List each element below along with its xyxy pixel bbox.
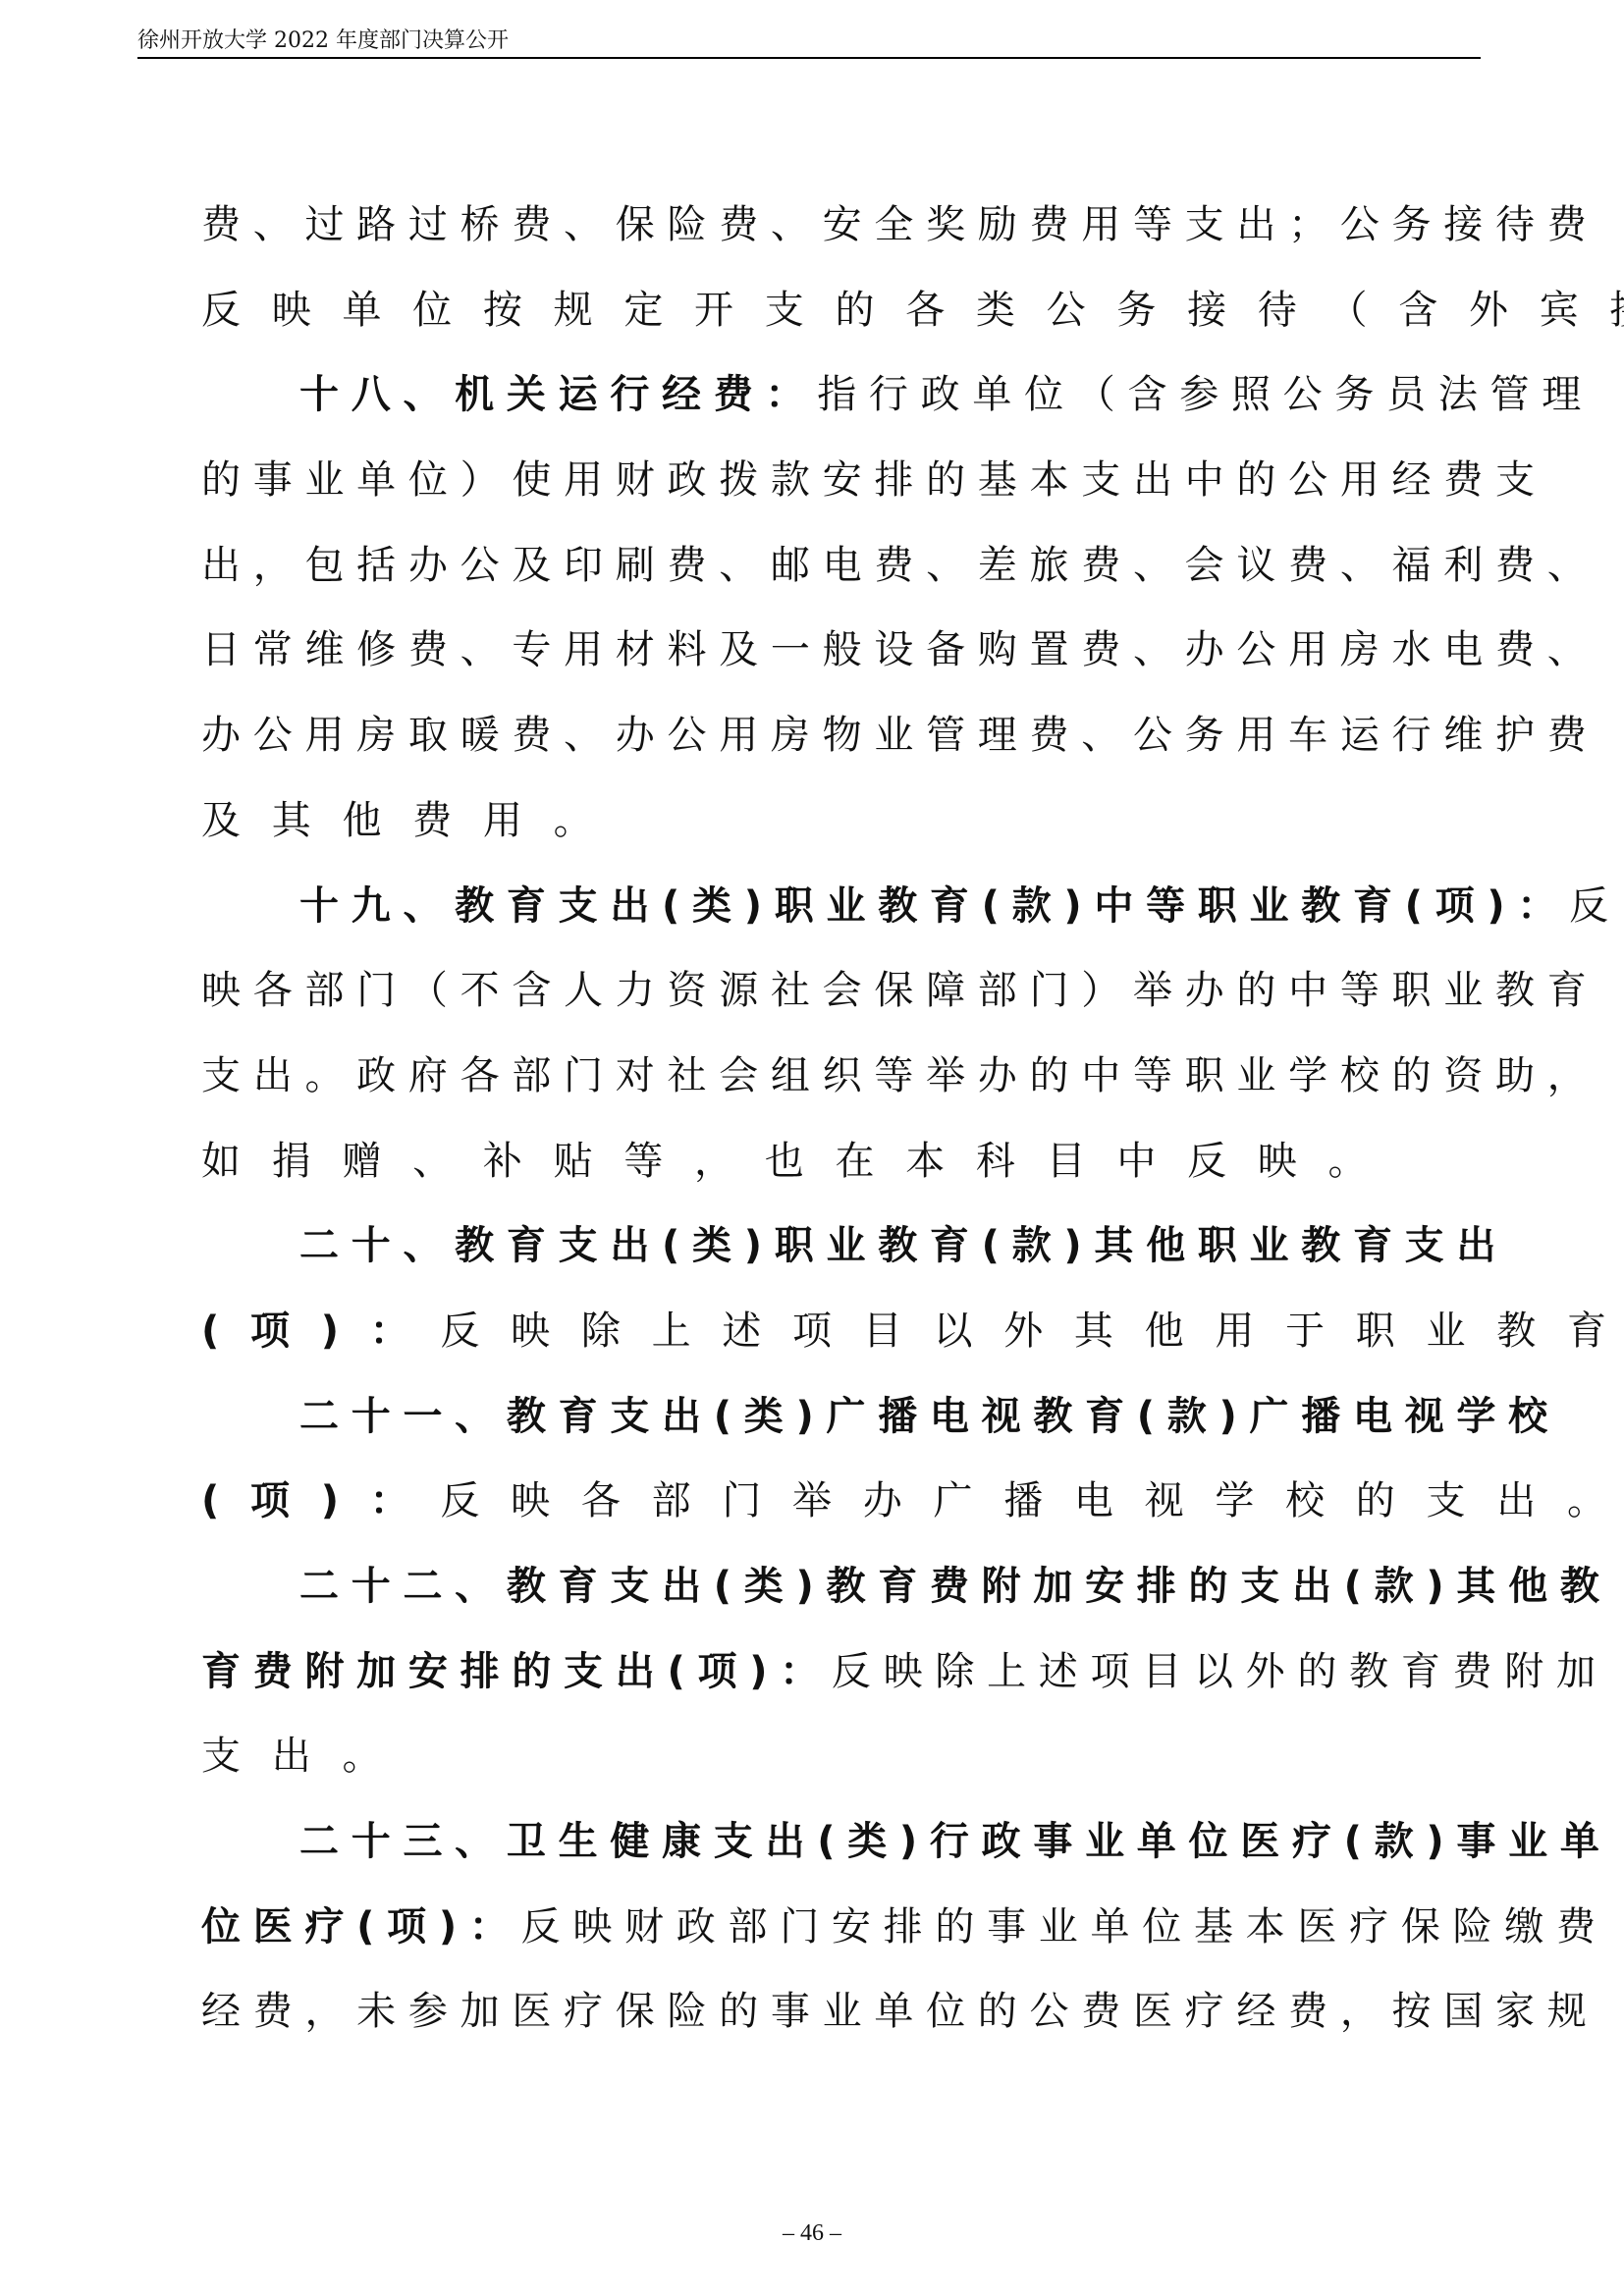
body-char: 基 bbox=[1194, 1904, 1233, 1949]
body-char: 类 bbox=[976, 288, 1031, 333]
body-char: 反 bbox=[832, 1649, 871, 1694]
body-char: 修 bbox=[356, 627, 396, 672]
body-char: 府 bbox=[408, 1053, 448, 1098]
body-char: 公 bbox=[1288, 457, 1327, 503]
heading-text: 类 bbox=[847, 1819, 887, 1864]
heading-text: 疗 bbox=[304, 1904, 344, 1949]
heading-text: 出 bbox=[765, 1819, 804, 1864]
heading-text: 二 bbox=[299, 1394, 339, 1439]
body-char: 加 bbox=[1556, 1649, 1596, 1694]
heading-text: ) bbox=[321, 1478, 354, 1523]
body-char: 等 bbox=[1133, 1053, 1172, 1098]
body-char: （ bbox=[1076, 372, 1115, 417]
body-char: ， bbox=[1340, 1989, 1380, 2034]
body-char: 险 bbox=[667, 1989, 706, 2034]
body-char: 不 bbox=[460, 968, 500, 1013]
body-char: （ bbox=[1328, 288, 1383, 333]
body-char: 维 bbox=[304, 627, 344, 672]
body-char: 等 bbox=[1133, 202, 1172, 247]
text-line: 及 其 他 费 用 。 bbox=[201, 778, 1409, 864]
body-char: 的 bbox=[835, 288, 890, 333]
body-char: 反 bbox=[1187, 1139, 1242, 1184]
heading-text: 中 bbox=[1094, 883, 1133, 929]
body-char: 等 bbox=[623, 1139, 678, 1184]
heading-text: 项 bbox=[250, 1478, 305, 1523]
body-char: 源 bbox=[719, 968, 758, 1013]
body-char: 印 bbox=[564, 543, 603, 588]
heading-text: 业 bbox=[1250, 1223, 1289, 1268]
body-char: 出 bbox=[1236, 202, 1275, 247]
heading-text: 出 bbox=[662, 1394, 701, 1439]
heading-text: 其 bbox=[1094, 1223, 1133, 1268]
body-char: 理 bbox=[1542, 372, 1581, 417]
body-char: 费 bbox=[1495, 627, 1535, 672]
body-char: 捐 bbox=[272, 1139, 327, 1184]
heading-text: 九 bbox=[352, 883, 391, 929]
body-char: 贴 bbox=[554, 1139, 609, 1184]
body-char: 学 bbox=[1215, 1478, 1270, 1523]
body-char: ； bbox=[1288, 202, 1327, 247]
heading-text: 支 bbox=[610, 1564, 649, 1609]
body-char: 办 bbox=[408, 543, 448, 588]
body-char: 他 bbox=[342, 798, 397, 843]
body-char: 目 bbox=[863, 1308, 918, 1354]
body-char: 外 bbox=[1003, 1308, 1058, 1354]
body-char: 各 bbox=[460, 1053, 500, 1098]
heading-text: 育 bbox=[559, 1564, 598, 1609]
heading-text: 、 bbox=[403, 883, 442, 929]
body-char: 定 bbox=[623, 288, 678, 333]
body-char: 医 bbox=[1133, 1989, 1172, 2034]
heading-text: 项 bbox=[387, 1904, 426, 1949]
body-char: 公 bbox=[1340, 202, 1380, 247]
text-line: ( 项 ) ： 反 映 各 部 门 举 办 广 播 电 视 学 校 的 支 出 … bbox=[201, 1459, 1409, 1544]
body-char: 、 bbox=[1547, 627, 1587, 672]
heading-text: ： bbox=[370, 1308, 425, 1354]
body-char: 科 bbox=[976, 1139, 1031, 1184]
body-char: 费 bbox=[1556, 1904, 1596, 1949]
heading-text: 他 bbox=[1508, 1564, 1547, 1609]
text-line: 十 八 、 机 关 运 行 经 费 ： 指 行 政 单 位 （ 含 参 照 公 … bbox=[201, 352, 1409, 438]
body-char: 的 bbox=[201, 457, 241, 503]
body-char: 用 bbox=[564, 457, 603, 503]
body-char: 邮 bbox=[771, 543, 810, 588]
heading-text: 学 bbox=[1456, 1394, 1495, 1439]
body-char: 刷 bbox=[616, 543, 655, 588]
body-char: 员 bbox=[1386, 372, 1426, 417]
body-char: 经 bbox=[1236, 1989, 1275, 2034]
body-char: （ bbox=[408, 968, 448, 1013]
body-char: 资 bbox=[667, 968, 706, 1013]
text-line: 办 公 用 房 取 暖 费 、 办 公 用 房 物 业 管 理 费 、 公 务 … bbox=[201, 693, 1409, 778]
body-char: 的 bbox=[1297, 1649, 1336, 1694]
body-char: 国 bbox=[1443, 1989, 1483, 2034]
heading-text: 教 bbox=[507, 1394, 546, 1439]
body-char: 如 bbox=[201, 1139, 256, 1184]
heading-text: 支 bbox=[714, 1819, 753, 1864]
heading-text: 事 bbox=[1456, 1819, 1495, 1864]
body-char: 赠 bbox=[342, 1139, 397, 1184]
body-char: 利 bbox=[1443, 543, 1483, 588]
body-char: 排 bbox=[874, 457, 913, 503]
body-char: 缴 bbox=[1504, 1904, 1543, 1949]
text-line: 映 各 部 门 （ 不 含 人 力 资 源 社 会 保 障 部 门 ） 举 办 … bbox=[201, 948, 1409, 1034]
body-char: 办 bbox=[1185, 968, 1224, 1013]
body-char: 各 bbox=[905, 288, 960, 333]
heading-text: 育 bbox=[1353, 883, 1392, 929]
body-char: 映 bbox=[511, 1308, 566, 1354]
body-char: 政 bbox=[667, 457, 706, 503]
heading-text: 广 bbox=[826, 1394, 865, 1439]
body-char: 事 bbox=[987, 1904, 1026, 1949]
body-char: 照 bbox=[1231, 372, 1271, 417]
heading-text: 教 bbox=[1033, 1394, 1072, 1439]
body-char: 基 bbox=[978, 457, 1017, 503]
body-char: 在 bbox=[835, 1139, 890, 1184]
body-char: 水 bbox=[1392, 627, 1432, 672]
body-char: 福 bbox=[1392, 543, 1432, 588]
document-page: 徐州开放大学 2022 年度部门决算公开 费 、 过 路 过 桥 费 、 保 险… bbox=[0, 0, 1624, 2296]
heading-text: 运 bbox=[559, 372, 598, 417]
body-char: 用 bbox=[1215, 1308, 1270, 1354]
body-char: 按 bbox=[1392, 1989, 1432, 2034]
body-char: 支 bbox=[201, 1053, 241, 1098]
body-char: 的 bbox=[1236, 968, 1275, 1013]
heading-text: ) bbox=[1426, 1819, 1443, 1864]
body-char: 日 bbox=[201, 627, 241, 672]
body-char: 用 bbox=[719, 713, 758, 758]
body-char: 职 bbox=[1356, 1308, 1411, 1354]
body-char: 本 bbox=[1030, 457, 1069, 503]
body-char: 本 bbox=[1246, 1904, 1285, 1949]
body-char: 公 bbox=[253, 713, 293, 758]
heading-text: 卫 bbox=[507, 1819, 546, 1864]
body-char: 等 bbox=[1340, 968, 1380, 1013]
heading-text: 款 bbox=[1375, 1819, 1414, 1864]
body-char: 育 bbox=[1547, 968, 1587, 1013]
body-char: 业 bbox=[874, 713, 913, 758]
body-char: 用 bbox=[1081, 202, 1120, 247]
body-char: 费 bbox=[1081, 1989, 1120, 2034]
body-char: 、 bbox=[926, 543, 965, 588]
body-char: 其 bbox=[272, 798, 327, 843]
heading-text: ( bbox=[714, 1564, 731, 1609]
heading-text: 育 bbox=[201, 1649, 241, 1694]
body-char: 位 bbox=[1024, 372, 1063, 417]
body-char: 暖 bbox=[460, 713, 500, 758]
heading-text: 视 bbox=[1405, 1394, 1444, 1439]
body-char: 目 bbox=[1142, 1649, 1181, 1694]
body-char: 力 bbox=[616, 968, 655, 1013]
body-char: 排 bbox=[884, 1904, 923, 1949]
text-line: 经 费 ， 未 参 加 医 疗 保 险 的 事 业 单 位 的 公 费 医 疗 … bbox=[201, 1969, 1409, 2055]
body-char: 外 bbox=[1469, 288, 1524, 333]
heading-text: 育 bbox=[507, 883, 546, 929]
body-char: 开 bbox=[694, 288, 749, 333]
body-char: 运 bbox=[1340, 713, 1380, 758]
heading-text: 费 bbox=[253, 1649, 293, 1694]
heading-text: 出 bbox=[610, 1223, 649, 1268]
body-char: 办 bbox=[201, 713, 241, 758]
body-char: 规 bbox=[1547, 1989, 1587, 2034]
body-char: 财 bbox=[624, 1904, 664, 1949]
body-char: 中 bbox=[1185, 457, 1224, 503]
body-char: 部 bbox=[304, 968, 344, 1013]
heading-text: 项 bbox=[250, 1308, 305, 1354]
text-line: 二 十 三 、 卫 生 健 康 支 出 ( 类 ) 行 政 事 业 单 位 医 … bbox=[201, 1799, 1409, 1885]
body-char: 映 bbox=[572, 1904, 612, 1949]
heading-text: 安 bbox=[1085, 1564, 1124, 1609]
body-char: 待 bbox=[1258, 288, 1313, 333]
body-char: 业 bbox=[1443, 968, 1483, 1013]
heading-text: 出 bbox=[610, 883, 649, 929]
heading-text: 、 bbox=[455, 1394, 494, 1439]
body-char: 理 bbox=[978, 713, 1017, 758]
heading-text: ( bbox=[201, 1308, 235, 1354]
heading-text: 出 bbox=[616, 1649, 655, 1694]
heading-text: ( bbox=[1344, 1564, 1362, 1609]
body-char: 人 bbox=[564, 968, 603, 1013]
heading-text: 播 bbox=[1301, 1394, 1340, 1439]
body-char: 路 bbox=[356, 202, 396, 247]
heading-text: 电 bbox=[930, 1394, 969, 1439]
body-char: 除 bbox=[581, 1308, 636, 1354]
heading-text: ) bbox=[744, 883, 762, 929]
heading-text: ： bbox=[469, 1904, 509, 1949]
header-rule bbox=[137, 57, 1481, 59]
body-char: 财 bbox=[616, 457, 655, 503]
body-char: 部 bbox=[728, 1904, 767, 1949]
body-char: 安 bbox=[823, 457, 862, 503]
body-char: 未 bbox=[356, 1989, 396, 2034]
body-char: 学 bbox=[1288, 1053, 1327, 1098]
heading-text: 项 bbox=[1435, 883, 1475, 929]
heading-text: 类 bbox=[692, 883, 731, 929]
body-char: 费 bbox=[1547, 202, 1587, 247]
body-char: 电 bbox=[823, 543, 862, 588]
heading-text: ) bbox=[321, 1308, 354, 1354]
body-char: 的 bbox=[1392, 1053, 1432, 1098]
body-char: 费 bbox=[412, 798, 467, 843]
heading-text: ( bbox=[1344, 1819, 1362, 1864]
heading-text: 育 bbox=[878, 1564, 917, 1609]
body-char: 校 bbox=[1340, 1053, 1380, 1098]
body-char: 务 bbox=[1116, 288, 1171, 333]
heading-text: 费 bbox=[714, 372, 753, 417]
body-char: 接 bbox=[1443, 202, 1483, 247]
heading-text: 费 bbox=[930, 1564, 969, 1609]
heading-text: 行 bbox=[930, 1819, 969, 1864]
text-line: 日 常 维 修 费 、 专 用 材 料 及 一 般 设 备 购 置 费 、 办 … bbox=[201, 608, 1409, 693]
body-char: 视 bbox=[1145, 1478, 1200, 1523]
body-char: 。 bbox=[554, 798, 609, 843]
heading-text: 二 bbox=[299, 1819, 339, 1864]
body-char: 设 bbox=[874, 627, 913, 672]
body-char: 项 bbox=[792, 1308, 847, 1354]
heading-text: ) bbox=[795, 1394, 813, 1439]
heading-text: 出 bbox=[1292, 1564, 1331, 1609]
heading-text: 他 bbox=[1146, 1223, 1185, 1268]
body-char: 除 bbox=[935, 1649, 974, 1694]
body-char: 出 bbox=[253, 1053, 293, 1098]
text-line: 如 捐 赠 、 补 贴 等 ， 也 在 本 科 目 中 反 映 。 bbox=[201, 1119, 1409, 1204]
body-char: 置 bbox=[1030, 627, 1069, 672]
body-char: 费 bbox=[1288, 1989, 1327, 2034]
body-char: 的 bbox=[1236, 457, 1275, 503]
body-char: 、 bbox=[1081, 713, 1120, 758]
body-char: 保 bbox=[1401, 1904, 1440, 1949]
heading-text: 业 bbox=[826, 883, 865, 929]
heading-text: ) bbox=[899, 1819, 917, 1864]
heading-text: 业 bbox=[1085, 1819, 1124, 1864]
body-char: 公 bbox=[1030, 1989, 1069, 2034]
heading-text: ( bbox=[201, 1478, 235, 1523]
heading-text: 类 bbox=[692, 1223, 731, 1268]
body-char: 以 bbox=[933, 1308, 988, 1354]
body-char: 费 bbox=[874, 543, 913, 588]
heading-text: 二 bbox=[403, 1564, 442, 1609]
body-char: 部 bbox=[512, 1053, 551, 1098]
body-char: 本 bbox=[905, 1139, 960, 1184]
heading-text: 十 bbox=[352, 1819, 391, 1864]
body-char: 料 bbox=[667, 627, 706, 672]
body-char: 加 bbox=[460, 1989, 500, 2034]
body-char: 政 bbox=[921, 372, 960, 417]
heading-text: ) bbox=[1063, 883, 1081, 929]
body-char: ， bbox=[253, 543, 293, 588]
body-char: 参 bbox=[1179, 372, 1218, 417]
body-char: 差 bbox=[978, 543, 1017, 588]
heading-text: 教 bbox=[878, 1223, 917, 1268]
heading-text: 类 bbox=[744, 1564, 784, 1609]
body-char: 支 bbox=[1427, 1478, 1482, 1523]
body-char: 用 bbox=[483, 798, 538, 843]
heading-text: ： bbox=[765, 372, 804, 417]
body-char: 、 bbox=[1547, 543, 1587, 588]
body-char: 部 bbox=[978, 968, 1017, 1013]
text-line: 十 九 、 教 育 支 出 ( 类 ) 职 业 教 育 ( 款 ) 中 等 职 … bbox=[201, 864, 1409, 949]
text-line: 二 十 一 、 教 育 支 出 ( 类 ) 广 播 电 视 教 育 ( 款 ) … bbox=[201, 1374, 1409, 1460]
heading-text: ) bbox=[1426, 1564, 1443, 1609]
heading-text: 排 bbox=[460, 1649, 500, 1694]
text-line: 支 出 。 政 府 各 部 门 对 社 会 组 织 等 举 办 的 中 等 职 … bbox=[201, 1034, 1409, 1119]
body-char: 的 bbox=[1030, 1053, 1069, 1098]
body-char: 备 bbox=[926, 627, 965, 672]
body-char: 门 bbox=[780, 1904, 819, 1949]
body-char: 费 bbox=[1547, 713, 1587, 758]
body-char: 公 bbox=[1283, 372, 1323, 417]
heading-text: ( bbox=[1405, 883, 1423, 929]
heading-text: 育 bbox=[1085, 1394, 1124, 1439]
heading-text: 教 bbox=[455, 883, 494, 929]
heading-text: 八 bbox=[352, 372, 391, 417]
body-text: 费 、 过 路 过 桥 费 、 保 险 费 、 安 全 奖 励 费 用 等 支 … bbox=[201, 183, 1409, 2055]
heading-text: 位 bbox=[1189, 1819, 1228, 1864]
body-char: 法 bbox=[1438, 372, 1478, 417]
body-char: 待 bbox=[1495, 202, 1535, 247]
body-char: 办 bbox=[616, 713, 655, 758]
body-char: 取 bbox=[408, 713, 448, 758]
body-char: 电 bbox=[1443, 627, 1483, 672]
heading-text: 单 bbox=[1137, 1819, 1176, 1864]
page-number: – 46 – bbox=[0, 2220, 1624, 2247]
body-char: 公 bbox=[667, 713, 706, 758]
heading-text: ( bbox=[1137, 1394, 1155, 1439]
body-char: 支 bbox=[1495, 457, 1535, 503]
body-char: 政 bbox=[677, 1904, 716, 1949]
body-char: 项 bbox=[1091, 1649, 1130, 1694]
body-char: 费 bbox=[512, 713, 551, 758]
body-char: 费 bbox=[667, 543, 706, 588]
heading-text: ( bbox=[714, 1394, 731, 1439]
heading-text: 业 bbox=[1508, 1819, 1547, 1864]
heading-text: 附 bbox=[982, 1564, 1021, 1609]
body-char: 公 bbox=[1236, 627, 1275, 672]
body-char: 及 bbox=[201, 798, 256, 843]
body-char: 旅 bbox=[1030, 543, 1069, 588]
heading-text: 校 bbox=[1508, 1394, 1547, 1439]
body-char: 。 bbox=[304, 1053, 344, 1098]
body-char: 、 bbox=[719, 543, 758, 588]
body-char: 支 bbox=[765, 288, 820, 333]
heading-text: 教 bbox=[455, 1223, 494, 1268]
text-line: 支 出 。 bbox=[201, 1714, 1409, 1799]
body-char: 车 bbox=[1288, 713, 1327, 758]
heading-text: 、 bbox=[455, 1819, 494, 1864]
body-char: 使 bbox=[512, 457, 551, 503]
body-char: 费 bbox=[1443, 457, 1483, 503]
body-char: 门 bbox=[1030, 968, 1069, 1013]
body-char: 映 bbox=[884, 1649, 923, 1694]
body-char: 。 bbox=[1567, 1478, 1622, 1523]
body-char: 奖 bbox=[926, 202, 965, 247]
body-char: 反 bbox=[521, 1904, 561, 1949]
body-char: 门 bbox=[722, 1478, 777, 1523]
text-line: 出 ， 包 括 办 公 及 印 刷 费 、 邮 电 费 、 差 旅 费 、 会 … bbox=[201, 523, 1409, 609]
body-char: 指 bbox=[817, 372, 856, 417]
body-char: 般 bbox=[823, 627, 862, 672]
body-char: 管 bbox=[1490, 372, 1530, 417]
body-char: 单 bbox=[972, 372, 1011, 417]
body-char: 教 bbox=[1496, 1308, 1551, 1354]
heading-text: 二 bbox=[299, 1223, 339, 1268]
heading-text: 项 bbox=[697, 1649, 736, 1694]
heading-text: 安 bbox=[408, 1649, 448, 1694]
heading-text: ) bbox=[439, 1904, 457, 1949]
body-char: 助 bbox=[1495, 1053, 1535, 1098]
heading-text: ) bbox=[744, 1223, 762, 1268]
body-char: 补 bbox=[483, 1139, 538, 1184]
heading-text: 职 bbox=[1198, 883, 1237, 929]
heading-text: 医 bbox=[1240, 1819, 1279, 1864]
body-char: 映 bbox=[201, 968, 241, 1013]
heading-text: 经 bbox=[662, 372, 701, 417]
heading-text: 育 bbox=[559, 1394, 598, 1439]
body-char: 的 bbox=[719, 1989, 758, 2034]
body-char: 门 bbox=[564, 1053, 603, 1098]
heading-text: 政 bbox=[982, 1819, 1021, 1864]
heading-text: 育 bbox=[507, 1223, 546, 1268]
body-char: 行 bbox=[869, 372, 908, 417]
heading-text: 事 bbox=[1033, 1819, 1072, 1864]
body-char: 外 bbox=[1246, 1649, 1285, 1694]
body-char: 各 bbox=[581, 1478, 636, 1523]
heading-text: ( bbox=[662, 1223, 679, 1268]
text-line: 的 事 业 单 位 ） 使 用 财 政 拨 款 安 排 的 基 本 支 出 中 … bbox=[201, 438, 1409, 523]
heading-text: 的 bbox=[512, 1649, 551, 1694]
body-char: 用 bbox=[564, 627, 603, 672]
body-char: 业 bbox=[1427, 1308, 1482, 1354]
